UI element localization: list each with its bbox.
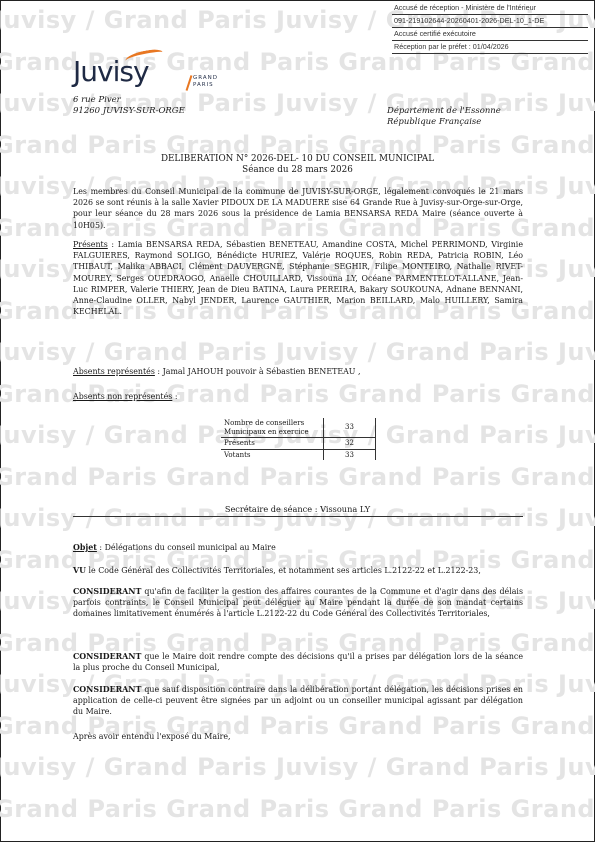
absents-not-represented-text: :	[172, 392, 177, 401]
present-list: : Lamia BENSARSA REDA, Sébastien BENETEA…	[73, 240, 523, 316]
title-session-date: Séance du 28 mars 2026	[0, 165, 595, 176]
present-members: Présents : Lamia BENSARSA REDA, Sébastie…	[73, 239, 523, 317]
document-page: Accusé de réception - Ministère de l'Int…	[0, 0, 595, 842]
reception-stamp: Accusé de réception - Ministère de l'Int…	[392, 2, 588, 54]
table-row: Nombre de conseillers Municipaux en exer…	[221, 418, 376, 438]
absents-represented-label: Absents représentés	[73, 367, 155, 376]
deliberation-title: DELIBERATION N° 2026-DEL- 10 DU CONSEIL …	[0, 154, 595, 176]
divider	[73, 516, 523, 517]
absents-represented-text: : Jamal JAHOUH pouvoir à Sébastien BENET…	[155, 367, 361, 376]
attendance-table: Nombre de conseillers Municipaux en exer…	[221, 418, 376, 460]
considerant-label: CONSIDERANT	[73, 652, 141, 661]
count-label: Présents	[221, 438, 324, 450]
table-row: Votants 33	[221, 449, 376, 460]
considerant-label: CONSIDERANT	[73, 587, 141, 596]
title-main: DELIBERATION N° 2026-DEL- 10 DU CONSEIL …	[0, 154, 595, 165]
object-label: Objet	[73, 543, 97, 552]
considerant-text: que le Maire doit rendre compte des déci…	[73, 652, 523, 672]
department-block: Département de l'Essonne République Fran…	[387, 106, 501, 128]
count-label: Nombre de conseillers Municipaux en exer…	[221, 418, 324, 438]
juvisy-logo: Juvisy GRAND PARIS	[73, 55, 149, 88]
stamp-line: 091-219102644-20260401-2026-DEL-10_1-DE	[392, 15, 588, 28]
count-value: 33	[324, 418, 376, 438]
absents-not-represented: Absents non représentés :	[73, 391, 523, 402]
department-line: Département de l'Essonne	[387, 106, 501, 117]
count-label: Votants	[221, 449, 324, 460]
considerant-text: qu'afin de faciliter la gestion des affa…	[73, 587, 523, 618]
considerant-paragraph: CONSIDERANT que sauf disposition contrai…	[73, 684, 523, 718]
considerant-label: CONSIDERANT	[73, 685, 141, 694]
object-text: : Délégations du conseil municipal au Ma…	[97, 543, 276, 552]
closing-line: Après avoir entendu l'exposé du Maire,	[73, 731, 523, 742]
address-line: 6 rue Piver	[73, 95, 185, 106]
address-line: 91260 JUVISY-SUR-ORGE	[73, 106, 185, 117]
intro-paragraph: Les membres du Conseil Municipal de la c…	[73, 186, 523, 231]
count-value: 32	[324, 438, 376, 450]
absents-represented: Absents représentés : Jamal JAHOUH pouvo…	[73, 366, 523, 377]
logo-sub-paris: PARIS	[193, 82, 214, 88]
vu-text: le Code Général des Collectivités Territ…	[86, 566, 481, 575]
count-value: 33	[324, 449, 376, 460]
logo-slash-icon	[186, 75, 193, 91]
considerant-paragraph: CONSIDERANT qu'afin de faciliter la gest…	[73, 586, 523, 620]
considerant-paragraph: CONSIDERANT que le Maire doit rendre com…	[73, 651, 523, 673]
logo-subtitle: GRAND PARIS	[193, 75, 218, 89]
absents-not-represented-label: Absents non représentés	[73, 392, 172, 401]
stamp-line: Accusé certifié exécutoire	[392, 28, 588, 41]
considerant-text: que sauf disposition contraire dans la d…	[73, 685, 523, 716]
logo-sub-grand: GRAND	[193, 75, 218, 81]
table-row: Présents 32	[221, 438, 376, 450]
object-line: Objet : Délégations du conseil municipal…	[73, 542, 523, 553]
stamp-line: Accusé de réception - Ministère de l'Int…	[392, 2, 588, 15]
vu-label: VU	[73, 566, 86, 575]
stamp-line: Réception par le préfet : 01/04/2026	[392, 41, 588, 54]
republic-line: République Française	[387, 117, 501, 128]
town-address: 6 rue Piver 91260 JUVISY-SUR-ORGE	[73, 95, 185, 117]
present-label: Présents	[73, 240, 108, 249]
session-secretary: Secrétaire de séance : Vissouna LY	[0, 504, 595, 514]
vu-paragraph: VU le Code Général des Collectivités Ter…	[73, 565, 523, 576]
